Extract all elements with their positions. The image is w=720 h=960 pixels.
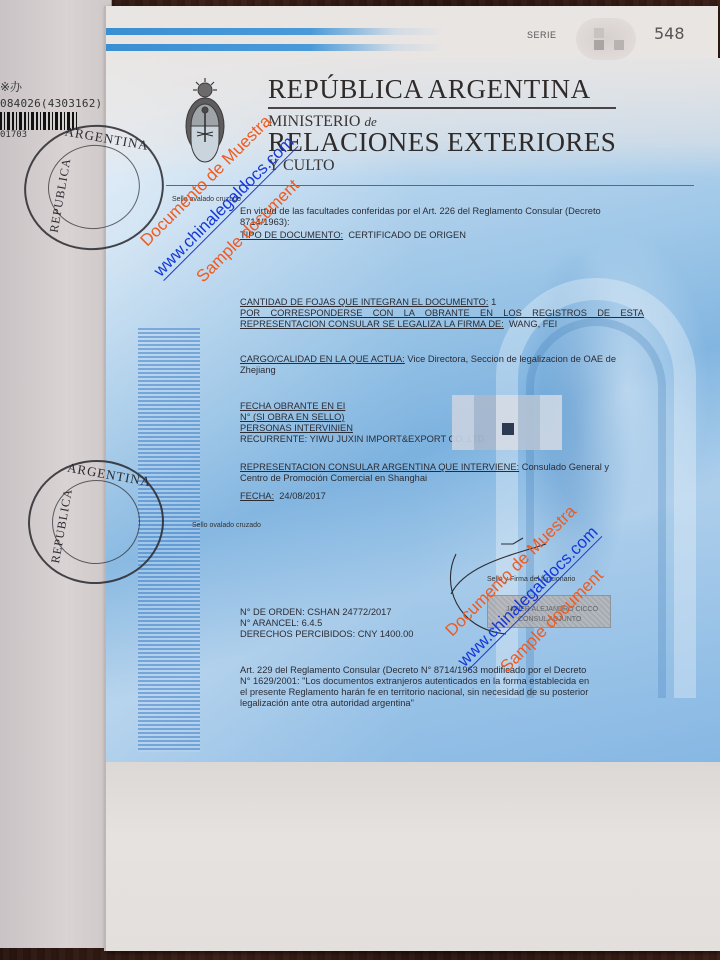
cargo-calidad: CARGO/CALIDAD EN LA QUE ACTUA: Vice Dire…	[240, 354, 616, 365]
representacion-consular: REPRESENTACION CONSULAR ARGENTINA QUE IN…	[240, 462, 609, 473]
header-stripe	[106, 44, 446, 51]
ministry-line-2: RELACIONES EXTERIORES	[268, 127, 616, 158]
numero-sello: N° (SI OBRA EN SELLO)	[240, 412, 344, 423]
fecha: FECHA: 24/08/2017	[240, 491, 326, 502]
barcode-number: 084026(4303162)	[0, 97, 102, 110]
cantidad-fojas: CANTIDAD DE FOJAS QUE INTEGRAN EL DOCUME…	[240, 297, 496, 308]
art229-line-3: el presente Reglamento harán fe en terri…	[240, 687, 588, 698]
title-underline	[268, 107, 616, 109]
legaliza-line-1: POR CORRESPONDERSE CON LA OBRANTE EN LOS…	[240, 308, 644, 319]
personas-intervinientes: PERSONAS INTERVINIEN	[240, 423, 353, 434]
cargo-calidad-cont: Zhejiang	[240, 365, 276, 376]
art229-line-1: Art. 229 del Reglamento Consular (Decret…	[240, 665, 586, 676]
art229-line-2: N° 1629/2001: "Los documentos extranjero…	[240, 676, 589, 687]
header-stripe	[106, 28, 446, 35]
barcode-number-secondary: 01703	[0, 130, 27, 140]
numero-orden: N° DE ORDEN: CSHAN 24772/2017	[240, 607, 392, 618]
legalization-document: SERIE 548 REPÚBLICA ARGENTINA MINISTERIO…	[104, 6, 718, 951]
representacion-consular-cont: Centro de Promoción Comercial en Shangha…	[240, 473, 427, 484]
country-title: REPÚBLICA ARGENTINA	[268, 74, 591, 105]
blank-page-area	[106, 762, 720, 951]
sello-label-bottom: Sello ovalado cruzado	[192, 520, 261, 531]
art229-line-4: legalización ante otra autoridad argenti…	[240, 698, 414, 709]
serie-label: SERIE	[527, 30, 557, 40]
derechos-percibidos: DERECHOS PERCIBIDOS: CNY 1400.00	[240, 629, 413, 640]
recurrente: RECURRENTE: YIWU JUXIN IMPORT&EXPORT CO.…	[240, 434, 485, 445]
tipo-documento: TIPO DE DOCUMENTO: CERTIFICADO DE ORIGEN	[240, 230, 466, 241]
fecha-obrante: FECHA OBRANTE EN EI	[240, 401, 345, 412]
intro-text: En virtud de las facultades conferidas p…	[240, 206, 650, 228]
chinese-text: ※办	[0, 78, 22, 95]
redacted-region	[452, 395, 562, 450]
legaliza-firma: REPRESENTACION CONSULAR SE LEGALIZA LA F…	[240, 319, 557, 330]
redacted-serie	[576, 18, 636, 60]
serie-number: 548	[654, 24, 685, 43]
numero-arancel: N° ARANCEL: 6.4.5	[240, 618, 322, 629]
